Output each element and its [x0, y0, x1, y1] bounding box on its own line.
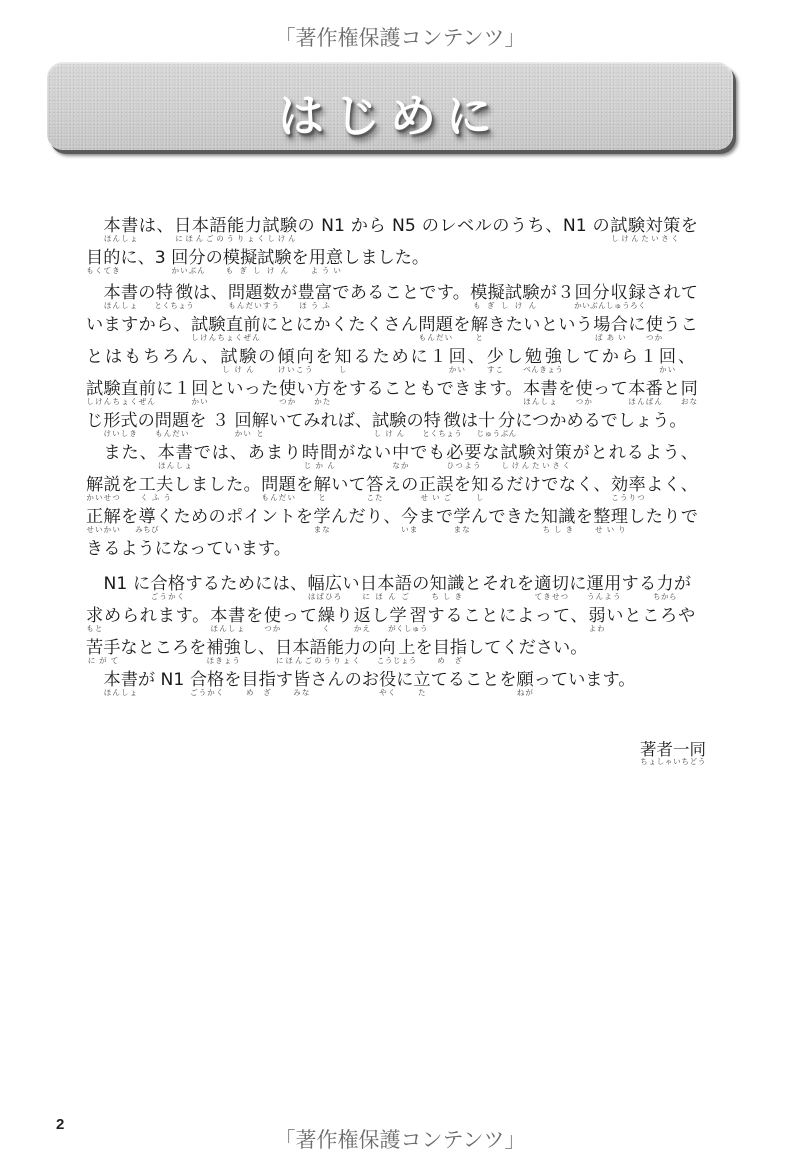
furigana-reading: ちから	[653, 592, 677, 601]
furigana-reading: すこ	[487, 365, 504, 374]
text-run: がとれるよう、	[573, 443, 698, 463]
text-run: しました。	[343, 248, 429, 268]
furigana-word: 使つか	[646, 315, 664, 335]
furigana-reading: にほんご	[360, 592, 412, 601]
furigana-word: 知識ちしき	[541, 507, 576, 527]
furigana-reading: つか	[279, 397, 296, 406]
furigana-word: 場合ばあい	[593, 315, 628, 335]
furigana-word: 模擬試験もぎしけん	[223, 248, 292, 268]
furigana-reading: もんだいすう	[228, 301, 280, 310]
furigana-reading: めざ	[241, 688, 275, 697]
furigana-word: 日本語にほんご	[360, 574, 412, 594]
furigana-word: 今いま	[401, 507, 419, 527]
text-run: する	[622, 574, 657, 594]
furigana-word: 補強ほきょう	[206, 638, 240, 658]
text-run: を	[121, 475, 139, 495]
furigana-word: 少すこ	[487, 347, 506, 367]
text-run: の	[258, 347, 277, 367]
furigana-word: 解と	[471, 315, 489, 335]
furigana-reading: こうりつ	[611, 493, 646, 502]
furigana-word: 効率こうりつ	[611, 475, 646, 495]
furigana-reading: かい	[449, 365, 466, 374]
furigana-reading: しけんたいさく	[610, 234, 680, 243]
furigana-reading: ちしき	[430, 592, 465, 601]
text-run: 、	[468, 347, 487, 367]
furigana-word: 試験対策しけんたいさく	[610, 216, 681, 236]
furigana-reading: かい	[659, 365, 676, 374]
text-run: また、	[104, 443, 158, 463]
text-run: とそれを	[465, 574, 535, 594]
furigana-reading: く	[318, 624, 335, 633]
furigana-reading: もと	[86, 624, 103, 633]
furigana-word: 模擬試験もぎしけん	[470, 283, 540, 303]
furigana-reading: た	[413, 688, 430, 697]
text-run: の N1 から N5 のレベルのうち、N1 の	[298, 216, 611, 236]
page-title: はじめに	[47, 80, 733, 146]
text-run: を	[246, 606, 264, 626]
furigana-word: 学まな	[313, 507, 331, 527]
furigana-reading: もぎしけん	[470, 301, 539, 310]
furigana-word: 解説かいせつ	[86, 475, 121, 495]
text-run: することによって、	[427, 606, 589, 626]
text-run: に	[628, 315, 646, 335]
furigana-word: 工夫くふう	[139, 475, 174, 495]
furigana-word: 目的もくてき	[86, 248, 120, 268]
text-run: に、3	[120, 248, 171, 268]
furigana-word: 目指めざ	[241, 670, 275, 690]
text-run: し	[372, 606, 390, 626]
furigana-reading: ばあい	[593, 333, 628, 342]
furigana-word: 適切てきせつ	[534, 574, 569, 594]
furigana-reading: せいり	[593, 525, 628, 534]
text-run: にとにかくたくさん	[261, 315, 418, 335]
furigana-word: 本番ほんばん	[628, 379, 663, 399]
text-run: の	[138, 411, 155, 431]
furigana-reading: じかん	[302, 461, 337, 470]
furigana-reading: つか	[646, 333, 663, 342]
text-run: が	[280, 283, 297, 303]
furigana-reading: かい	[191, 397, 208, 406]
text-run: が	[674, 574, 691, 594]
furigana-reading: もくてき	[86, 266, 120, 275]
furigana-word: 正解せいかい	[86, 507, 121, 527]
furigana-word: 苦手にがて	[86, 638, 120, 658]
furigana-reading: ようい	[309, 266, 343, 275]
furigana-word: 本書ほんしょ	[104, 216, 139, 236]
furigana-word: 学まな	[453, 507, 471, 527]
furigana-reading: ちしき	[541, 525, 576, 534]
furigana-reading: ごうかく	[150, 592, 185, 601]
furigana-word: 回かい	[235, 411, 252, 431]
furigana-word: 知し	[471, 475, 489, 495]
text-run: に	[396, 670, 413, 690]
furigana-word: 役やく	[379, 670, 396, 690]
furigana-word: 向上こうじょう	[378, 638, 415, 658]
text-run: の	[412, 574, 429, 594]
furigana-reading: いま	[401, 525, 418, 534]
furigana-word: 答こた	[366, 475, 384, 495]
text-run: は、	[193, 283, 228, 303]
copyright-watermark-top: 「著作権保護コンテンツ」	[0, 22, 800, 52]
furigana-reading: やく	[379, 688, 396, 697]
furigana-word: 問題もんだい	[155, 411, 189, 431]
furigana-word: 試験しけん	[220, 347, 258, 367]
furigana-word: 試験しけん	[372, 411, 406, 431]
copyright-watermark-bottom: 「著作権保護コンテンツ」	[0, 1124, 800, 1154]
text-run: まで	[418, 507, 453, 527]
text-run: を	[681, 216, 698, 236]
furigana-word: 使つか	[279, 379, 297, 399]
furigana-reading: かいぶんしゅうろく	[574, 301, 646, 310]
furigana-word: 日本語能力試験にほんごのうりょくしけん	[174, 216, 297, 236]
furigana-word: 中なか	[392, 443, 410, 463]
furigana-reading: ほんしょ	[104, 301, 139, 310]
furigana-word: 試験直前しけんちょくぜん	[86, 379, 156, 399]
furigana-reading: ねが	[517, 688, 534, 697]
paragraph: N1 に合格ごうかくするためには、幅広はばひろい日本語にほんごの知識ちしきとそれ…	[86, 568, 698, 664]
paragraph: また、本書ほんしょでは、あまり時間じかんがない中なかでも必要ひつような試験対策し…	[86, 437, 698, 565]
furigana-reading: ほんしょ	[104, 688, 138, 697]
furigana-word: 時間じかん	[302, 443, 338, 463]
text-run: でも	[410, 443, 446, 463]
furigana-reading: ほんばん	[628, 397, 663, 406]
furigana-reading: ごうかく	[190, 688, 224, 697]
text-run: を	[576, 507, 594, 527]
paragraph: 本書ほんしょが N1 合格ごうかくを目指めざす皆みなさんのお役やくに立たてること…	[86, 664, 698, 696]
text-run: を ３	[189, 411, 234, 431]
furigana-reading: ひつよう	[446, 461, 481, 470]
furigana-word: 幅広はばひろ	[307, 574, 342, 594]
furigana-word: 解と	[252, 411, 269, 431]
furigana-word: 同おな	[681, 379, 698, 399]
furigana-word: 知識ちしき	[430, 574, 465, 594]
text-run: てることを	[431, 670, 517, 690]
furigana-reading: こた	[366, 493, 383, 502]
furigana-reading: かえ	[354, 624, 371, 633]
text-run: してください。	[467, 638, 587, 658]
furigana-word: 解と	[314, 475, 332, 495]
furigana-reading: おな	[681, 397, 698, 406]
furigana-reading: せいかい	[86, 525, 121, 534]
furigana-word: 用意ようい	[309, 248, 343, 268]
furigana-reading: しけん	[220, 365, 256, 374]
text-run: を	[558, 379, 576, 399]
text-run: えの	[384, 475, 419, 495]
furigana-word: 問題もんだい	[261, 475, 296, 495]
title-banner: はじめに	[47, 62, 733, 150]
text-run: よく、	[646, 475, 698, 495]
text-run: といった	[209, 379, 279, 399]
furigana-reading: し	[471, 493, 488, 502]
text-run: は	[461, 411, 478, 431]
furigana-reading: もんだい	[418, 333, 453, 342]
furigana-reading: ほんしょ	[523, 397, 558, 406]
furigana-word: 問題もんだい	[418, 315, 453, 335]
text-run: しました。	[174, 475, 262, 495]
text-run: をすることもできます。	[331, 379, 522, 399]
furigana-word: 回かい	[191, 379, 209, 399]
text-run: し、	[241, 638, 275, 658]
text-run: り	[336, 606, 354, 626]
furigana-reading: しけんたいさく	[500, 461, 571, 470]
text-run: が N1	[138, 670, 190, 690]
introduction-body: 本書ほんしょは、日本語能力試験にほんごのうりょくしけんの N1 から N5 のレ…	[86, 210, 698, 696]
furigana-word: 導みちび	[138, 507, 155, 527]
text-run: んできた	[471, 507, 541, 527]
furigana-word: 豊富ほうふ	[298, 283, 333, 303]
furigana-reading: べんきょう	[523, 365, 563, 374]
text-run: を	[454, 475, 472, 495]
furigana-word: 繰く	[318, 606, 336, 626]
furigana-word: 特徴とくちょう	[156, 283, 193, 303]
text-run: るために１	[353, 347, 448, 367]
furigana-reading: とくちょう	[154, 301, 194, 310]
furigana-word: 合格ごうかく	[190, 670, 224, 690]
furigana-word: 試験対策しけんたいさく	[500, 443, 572, 463]
furigana-word: 回かい	[659, 347, 678, 367]
furigana-reading: うんよう	[587, 592, 622, 601]
furigana-word: 十分じゅうぶん	[478, 411, 515, 431]
furigana-reading: しけんちょくぜん	[86, 397, 156, 406]
text-run: いてみれば、	[269, 411, 372, 431]
text-run: の	[361, 638, 378, 658]
furigana-word: 試験直前しけんちょくぜん	[191, 315, 261, 335]
furigana-word: 日本語能力にほんごのうりょく	[275, 638, 361, 658]
furigana-reading: まな	[453, 525, 470, 534]
text-run: は、	[139, 216, 174, 236]
furigana-word: 正誤せいご	[419, 475, 454, 495]
furigana-reading: かいせつ	[86, 493, 121, 502]
text-run: し	[506, 347, 525, 367]
furigana-word: 皆みな	[293, 670, 310, 690]
furigana-reading: にほんごのうりょくしけん	[174, 234, 297, 243]
furigana-word: 求もと	[86, 606, 104, 626]
furigana-word: 本書ほんしょ	[158, 443, 194, 463]
furigana-reading: よわ	[588, 624, 605, 633]
text-run: と	[663, 379, 681, 399]
text-run: くためのポイントを	[156, 507, 314, 527]
text-run: きたいという	[488, 315, 593, 335]
text-run: 、	[678, 347, 695, 367]
furigana-word: 回かい	[449, 347, 468, 367]
text-run: い	[296, 379, 314, 399]
furigana-word: 本書ほんしょ	[104, 670, 138, 690]
text-run: を	[315, 347, 334, 367]
furigana-reading: もんだい	[261, 493, 296, 502]
text-run: してから１	[562, 347, 659, 367]
text-run: さんのお	[310, 670, 379, 690]
furigana-word: 本書ほんしょ	[210, 606, 246, 626]
furigana-word: 願ねが	[517, 670, 534, 690]
furigana-reading: しけんちょくぜん	[191, 333, 261, 342]
furigana-word: 弱よわ	[588, 606, 606, 626]
furigana-word: 力ちから	[656, 574, 673, 594]
furigana-word: 運用うんよう	[587, 574, 622, 594]
furigana-reading: と	[471, 333, 488, 342]
furigana-reading: かいぶん	[171, 266, 205, 275]
furigana-reading: ほんしょ	[210, 624, 245, 633]
text-run: す	[276, 670, 293, 690]
furigana-reading: ほんしょ	[158, 461, 193, 470]
text-run: いところや	[606, 606, 695, 626]
furigana-word: 形式けいしき	[103, 411, 137, 431]
furigana-reading: まな	[313, 525, 330, 534]
furigana-word: 立た	[413, 670, 430, 690]
furigana-word: 問題数もんだいすう	[228, 283, 280, 303]
text-run: っています。	[534, 670, 636, 690]
furigana-reading: かた	[314, 397, 331, 406]
furigana-word: 勉強べんきょう	[525, 347, 562, 367]
furigana-word: 整理せいり	[593, 507, 628, 527]
text-run: い	[342, 574, 359, 594]
furigana-reading: し	[334, 365, 351, 374]
furigana-word: 使つか	[575, 379, 593, 399]
furigana-word: 本書ほんしょ	[523, 379, 558, 399]
text-run: を	[292, 248, 309, 268]
text-run: であることです。	[332, 283, 470, 303]
text-run: を	[224, 670, 241, 690]
text-run: を	[296, 475, 314, 495]
furigana-reading: と	[314, 493, 331, 502]
signature-reading: ちょしゃいちどう	[640, 757, 706, 766]
furigana-reading: なか	[392, 461, 409, 470]
text-run: がない	[338, 443, 392, 463]
text-run: んだり、	[331, 507, 401, 527]
text-run: いて	[331, 475, 366, 495]
text-run: につかめるでしょう。	[515, 411, 686, 431]
furigana-word: 返かえ	[354, 606, 372, 626]
text-run: められます。	[104, 606, 210, 626]
furigana-reading: もぎしけん	[223, 266, 292, 275]
furigana-reading: がくしゅう	[388, 624, 428, 633]
furigana-word: 回分収録かいぶんしゅうろく	[575, 283, 646, 303]
furigana-reading: くふう	[139, 493, 174, 502]
furigana-word: 必要ひつよう	[446, 443, 482, 463]
text-run: るだけでなく、	[489, 475, 611, 495]
furigana-word: 学習がくしゅう	[389, 606, 426, 626]
text-run: を	[453, 315, 471, 335]
furigana-word: 使つか	[264, 606, 282, 626]
paragraph: 本書ほんしょは、日本語能力試験にほんごのうりょくしけんの N1 から N5 のレ…	[86, 210, 698, 274]
paragraph: 本書ほんしょの特徴とくちょうは、問題数もんだいすうが豊富ほうふであることです。模…	[86, 277, 698, 437]
text-run: って	[282, 606, 318, 626]
furigana-reading: みちび	[135, 525, 159, 534]
furigana-word: 傾向けいこう	[277, 347, 315, 367]
text-run: を	[415, 638, 432, 658]
text-run: するためには、	[185, 574, 307, 594]
text-run: な	[482, 443, 500, 463]
furigana-word: 知し	[334, 347, 353, 367]
text-run: に１	[156, 379, 191, 399]
text-run: では、あまり	[194, 443, 302, 463]
furigana-reading: みな	[293, 688, 310, 697]
text-run: じ	[86, 411, 103, 431]
furigana-word: 目指めざ	[433, 638, 467, 658]
text-run: に	[569, 574, 586, 594]
text-run: の	[206, 248, 223, 268]
furigana-word: 回分かいぶん	[171, 248, 205, 268]
furigana-reading: けいこう	[277, 365, 313, 374]
text-run: N1 に	[104, 574, 151, 594]
furigana-word: 合格ごうかく	[150, 574, 185, 594]
furigana-reading: つか	[264, 624, 281, 633]
text-run: なところを	[120, 638, 206, 658]
signature-ruby: 著者一同ちょしゃいちどう	[640, 740, 706, 759]
furigana-reading: せいご	[419, 493, 454, 502]
author-signature: 著者一同ちょしゃいちどう	[640, 736, 706, 765]
furigana-word: 特徴とくちょう	[424, 411, 461, 431]
text-run: が３	[540, 283, 575, 303]
furigana-reading: ほうふ	[298, 301, 333, 310]
furigana-reading: はばひろ	[307, 592, 342, 601]
furigana-reading: つか	[575, 397, 592, 406]
furigana-word: 本書ほんしょ	[104, 283, 139, 303]
furigana-word: 方かた	[314, 379, 332, 399]
furigana-reading: てきせつ	[534, 592, 569, 601]
furigana-reading: ほんしょ	[104, 234, 139, 243]
text-run: って	[593, 379, 628, 399]
